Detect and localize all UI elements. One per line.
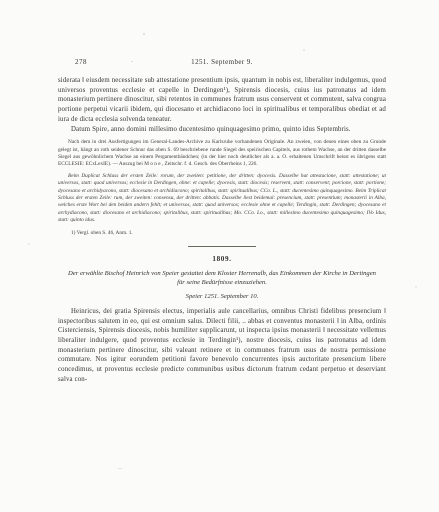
charter-prev-footnote: 1) Vergl. oben S. 46, Anm. 1.: [58, 230, 386, 237]
charter-prev-apparatus-criticus: Beim Duplicat Schluss der ersten Zeile: …: [58, 173, 386, 225]
page-number: 278: [75, 58, 87, 66]
running-header: 278 1251. September 9.: [58, 58, 386, 67]
charter-1809-number: 1809.: [58, 255, 386, 263]
charter-prev-datum-line: Datum Spire, anno domini millesimo ducen…: [58, 125, 386, 135]
scan-speck: [415, 286, 417, 288]
scan-speck: [143, 33, 145, 35]
section-divider-rule: [188, 246, 256, 247]
charter-prev-provenance-note: Nach dem in drei Ausfertigungen im Gener…: [58, 139, 386, 169]
charter-1809-body: Heinricus, dei gratia Spirensis electus,…: [58, 307, 386, 385]
charter-1809-dateline: Speier 1251. September 10.: [58, 293, 386, 300]
scan-speck: [303, 49, 305, 51]
scanned-book-page: 278 1251. September 9. siderata ‖ eiusde…: [0, 0, 439, 512]
running-head-date: 1251. September 9.: [58, 58, 386, 66]
text-column: 278 1251. September 9. siderata ‖ eiusde…: [58, 58, 386, 385]
charter-prev-body-continuation: siderata ‖ eiusdem necessitate sub attes…: [58, 76, 386, 125]
scan-speck: [118, 468, 122, 469]
scan-speck: [28, 243, 30, 245]
charter-1809-regest: Der erwählte Bischof Heinrich von Speier…: [66, 269, 378, 288]
